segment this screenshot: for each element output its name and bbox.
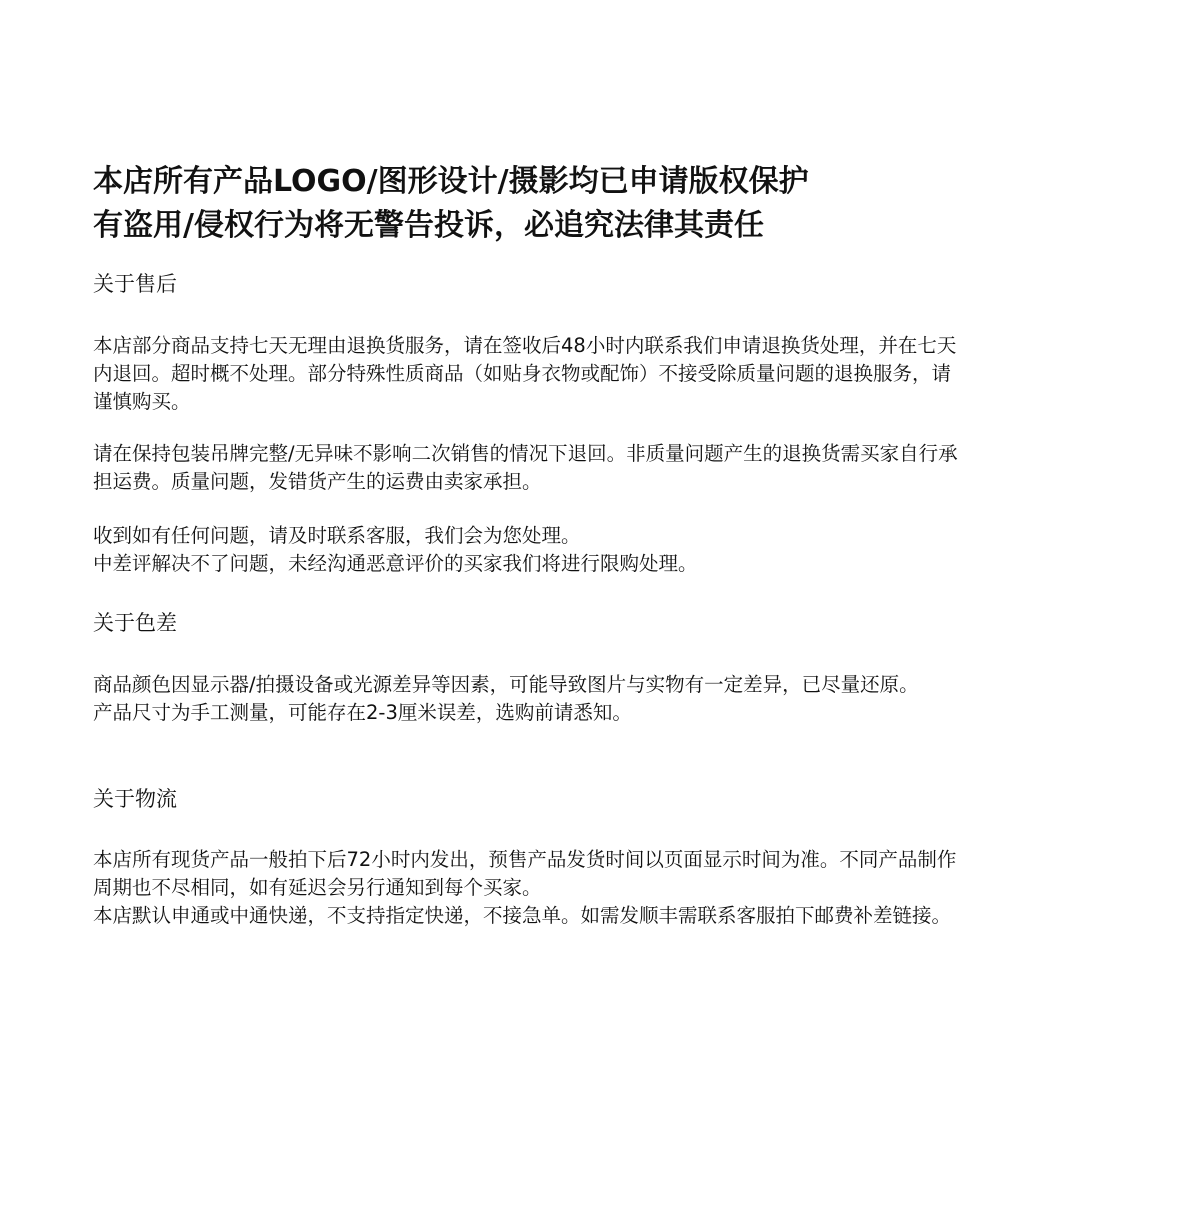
paragraph-line: 担运费。质量问题，发错货产生的运费由卖家承担。 (93, 468, 1108, 496)
copyright-notice-line-2: 有盗用/侵权行为将无警告投诉，必追究法律其责任 (93, 204, 1113, 248)
after-sales-shipping-cost-policy: 请在保持包装吊牌完整/无异味不影响二次销售的情况下退回。非质量问题产生的退换货需… (93, 440, 1108, 496)
paragraph-line: 商品颜色因显示器/拍摄设备或光源差异等因素，可能导致图片与实物有一定差异，已尽量… (93, 671, 1108, 699)
after-sales-contact-note: 收到如有任何问题，请及时联系客服，我们会为您处理。 中差评解决不了问题，未经沟通… (93, 522, 1108, 578)
paragraph-line: 本店所有现货产品一般拍下后72小时内发出，预售产品发货时间以页面显示时间为准。不… (93, 846, 1108, 874)
paragraph-line: 周期也不尽相同，如有延迟会另行通知到每个买家。 (93, 874, 1108, 902)
logistics-note: 本店所有现货产品一般拍下后72小时内发出，预售产品发货时间以页面显示时间为准。不… (93, 846, 1108, 930)
section-title-color-difference: 关于色差 (93, 609, 177, 637)
section-title-after-sales: 关于售后 (93, 270, 177, 298)
paragraph-line: 谨慎购买。 (93, 388, 1108, 416)
paragraph-line: 本店默认申通或中通快递，不支持指定快递，不接急单。如需发顺丰需联系客服拍下邮费补… (93, 902, 1108, 930)
color-difference-note: 商品颜色因显示器/拍摄设备或光源差异等因素，可能导致图片与实物有一定差异，已尽量… (93, 671, 1108, 727)
copyright-notice: 本店所有产品LOGO/图形设计/摄影均已申请版权保护 有盗用/侵权行为将无警告投… (93, 160, 1113, 248)
paragraph-line: 内退回。超时概不处理。部分特殊性质商品（如贴身衣物或配饰）不接受除质量问题的退换… (93, 360, 1108, 388)
paragraph-line: 请在保持包装吊牌完整/无异味不影响二次销售的情况下退回。非质量问题产生的退换货需… (93, 440, 1108, 468)
section-title-logistics: 关于物流 (93, 785, 177, 813)
paragraph-line: 产品尺寸为手工测量，可能存在2-3厘米误差，选购前请悉知。 (93, 699, 1108, 727)
paragraph-line: 中差评解决不了问题，未经沟通恶意评价的买家我们将进行限购处理。 (93, 550, 1108, 578)
paragraph-line: 本店部分商品支持七天无理由退换货服务，请在签收后48小时内联系我们申请退换货处理… (93, 332, 1108, 360)
after-sales-return-policy: 本店部分商品支持七天无理由退换货服务，请在签收后48小时内联系我们申请退换货处理… (93, 332, 1108, 416)
paragraph-line: 收到如有任何问题，请及时联系客服，我们会为您处理。 (93, 522, 1108, 550)
copyright-notice-line-1: 本店所有产品LOGO/图形设计/摄影均已申请版权保护 (93, 160, 1113, 204)
